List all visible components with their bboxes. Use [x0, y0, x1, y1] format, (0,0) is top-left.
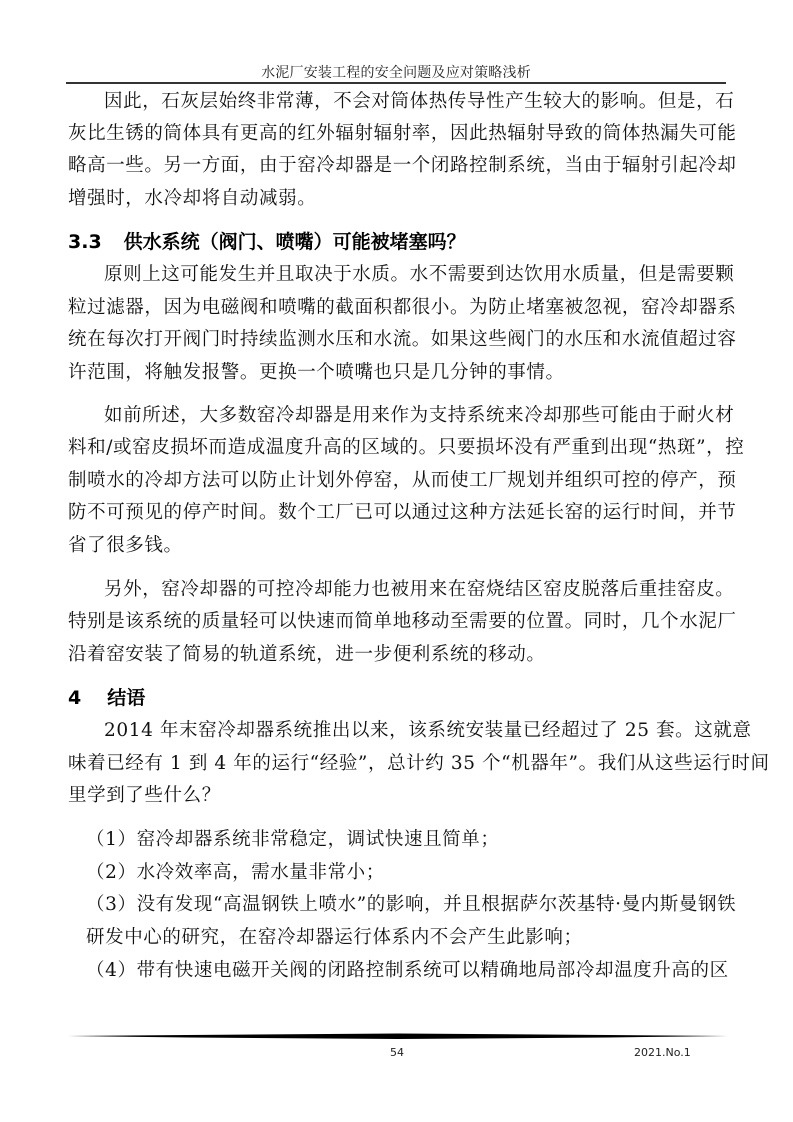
section-heading-3-3: 3.3供水系统（阀门、喷嘴）可能被堵塞吗？ — [68, 231, 466, 253]
section-heading-4: 4结语 — [68, 687, 145, 709]
paragraph-2-line: 许范围，将触发报警。更换一个喷嘴也只是几分钟的事情。 — [68, 362, 565, 384]
paragraph-4-line: 沿着窑安装了简易的轨道系统，进一步便利系统的移动。 — [68, 644, 546, 666]
document-page: 水泥厂安装工程的安全问题及应对策略浅析 因此，石灰层始终非常薄，不会对筒体热传导… — [0, 0, 793, 1122]
paragraph-1-line: 增强时，水冷却将自动减弱。 — [68, 188, 316, 210]
list-item-4: （4）带有快速电磁开关阀的闭路控制系统可以精确地局部冷却温度升高的区 — [86, 960, 726, 982]
running-header-title: 水泥厂安装工程的安全问题及应对策略浅析 — [66, 62, 726, 82]
list-item-3: （3）没有发现“高温钢铁上喷水”的影响，并且根据萨尔茨基特·曼内斯曼钢铁 — [86, 894, 726, 916]
paragraph-3-line: 防不可预见的停产时间。数个工厂已可以通过这种方法延长窑的运行时间，并节 — [68, 502, 726, 524]
paragraph-2-line: 统在每次打开阀门时持续监测水压和水流。如果这些阀门的水压和水流值超过容 — [68, 329, 726, 351]
paragraph-4-line: 另外，窑冷却器的可控冷却能力也被用来在窑烧结区窑皮脱落后重挂窑皮。 — [104, 579, 726, 601]
paragraph-5-line: 味着已经有 1 到 4 年的运行“经验”，总计约 35 个“机器年”。我们从这些… — [68, 753, 726, 775]
footer-rule — [68, 1030, 728, 1042]
section-title: 供水系统（阀门、喷嘴）可能被堵塞吗？ — [124, 231, 466, 253]
header-rule — [66, 82, 726, 84]
page-number: 54 — [390, 1046, 404, 1059]
list-item-3-continuation: 研发中心的研究，在窑冷却器运行体系内不会产生此影响； — [86, 927, 583, 949]
list-item-2: （2）水冷效率高，需水量非常小； — [86, 862, 385, 884]
list-item-1: （1）窑冷却器系统非常稳定，调试快速且简单； — [86, 829, 499, 851]
section-title: 结语 — [107, 687, 145, 709]
section-number: 4 — [68, 687, 81, 709]
paragraph-3-line: 制喷水的冷却方法可以防止计划外停窑，从而使工厂规划并组织可控的停产，预 — [68, 470, 726, 492]
issue-label: 2021.No.1 — [634, 1046, 691, 1059]
paragraph-5-line: 里学到了些什么？ — [68, 785, 221, 807]
paragraph-2-line: 粒过滤器，因为电磁阀和喷嘴的截面积都很小。为防止堵塞被忽视，窑冷却器系 — [68, 297, 726, 319]
paragraph-3-line: 如前所述，大多数窑冷却器是用来作为支持系统来冷却那些可能由于耐火材 — [104, 405, 726, 427]
paragraph-1-line: 略高一些。另一方面，由于窑冷却器是一个闭路控制系统，当由于辐射引起冷却 — [68, 155, 726, 177]
paragraph-5-line: 2014 年末窑冷却器系统推出以来，该系统安装量已经超过了 25 套。这就意 — [104, 720, 726, 742]
paragraph-4-line: 特别是该系统的质量轻可以快速而简单地移动至需要的位置。同时，几个水泥厂 — [68, 611, 726, 633]
paragraph-1-line: 因此，石灰层始终非常薄，不会对筒体热传导性产生较大的影响。但是，石 — [104, 91, 726, 113]
paragraph-2-line: 原则上这可能发生并且取决于水质。水不需要到达饮用水质量，但是需要颗 — [104, 264, 726, 286]
paragraph-1-line: 灰比生锈的筒体具有更高的红外辐射辐射率，因此热辐射导致的筒体热漏失可能 — [68, 123, 726, 145]
paragraph-3-line: 料和/或窑皮损坏而造成温度升高的区域的。只要损坏没有严重到出现“热斑”，控 — [68, 437, 726, 459]
section-number: 3.3 — [68, 231, 102, 253]
paragraph-3-line: 省了很多钱。 — [68, 535, 183, 557]
